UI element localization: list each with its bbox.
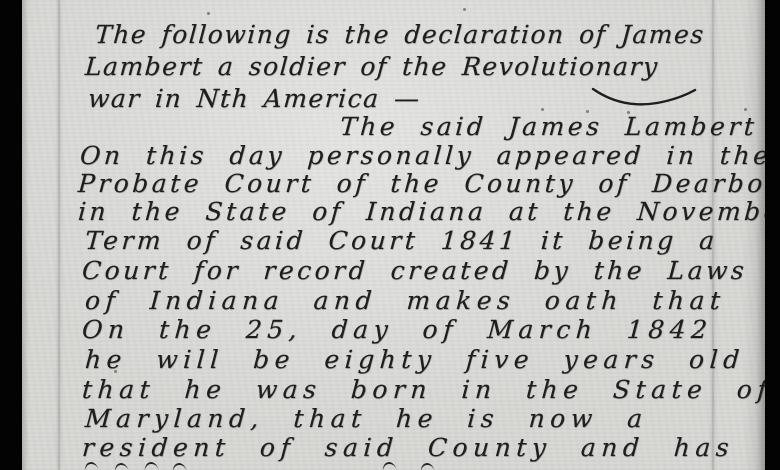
handwritten-line-4: The said James Lambert: [339, 112, 759, 142]
clipped-line-stroke: [113, 462, 129, 470]
paper-sheet: The following is the declaration of Jame…: [22, 0, 765, 470]
paper-speck: [744, 108, 747, 111]
handwritten-line-10: of Indiana and makes oath that: [84, 286, 727, 316]
paper-fold-line-left: [58, 0, 60, 470]
pen-flourish-icon: [587, 84, 702, 110]
handwritten-line-2: Lambert a soldier of the Revolutionary: [84, 52, 660, 82]
paper-speck: [463, 8, 466, 11]
paper-speck: [627, 111, 630, 114]
paper-speck: [586, 110, 589, 113]
paper-speck: [207, 12, 210, 15]
scan-black-border-left: [0, 0, 22, 470]
paper-speck: [697, 330, 700, 333]
clipped-line-stroke: [171, 462, 187, 470]
clipped-line-stroke: [419, 462, 435, 470]
handwritten-line-13: that he was born in the State of: [81, 375, 765, 405]
handwritten-line-3: war in Nth America —: [87, 84, 422, 114]
handwritten-line-1: The following is the declaration of Jame…: [94, 20, 706, 50]
handwritten-line-7: in the State of Indiana at the November: [77, 197, 765, 227]
scan-black-border-right: [765, 0, 780, 470]
handwritten-line-6: Probate Court of the County of Dearborn—: [77, 169, 765, 199]
handwritten-line-11: On the 25, day of March 1842: [81, 315, 714, 345]
paper-speck: [541, 108, 544, 111]
paper-speck: [114, 370, 117, 373]
handwritten-line-9: Court for record created by the Laws: [81, 256, 748, 286]
handwritten-line-5: On this day personally appeared in the: [79, 141, 765, 171]
handwritten-line-15: resident of said County and has: [81, 433, 735, 463]
handwritten-line-8: Term of said Court 1841 it being a: [84, 226, 719, 256]
scanned-document-page: The following is the declaration of Jame…: [0, 0, 780, 470]
handwritten-line-12: he will be eighty five years old: [84, 345, 746, 375]
handwritten-line-14: Maryland, that he is now a: [84, 404, 649, 434]
